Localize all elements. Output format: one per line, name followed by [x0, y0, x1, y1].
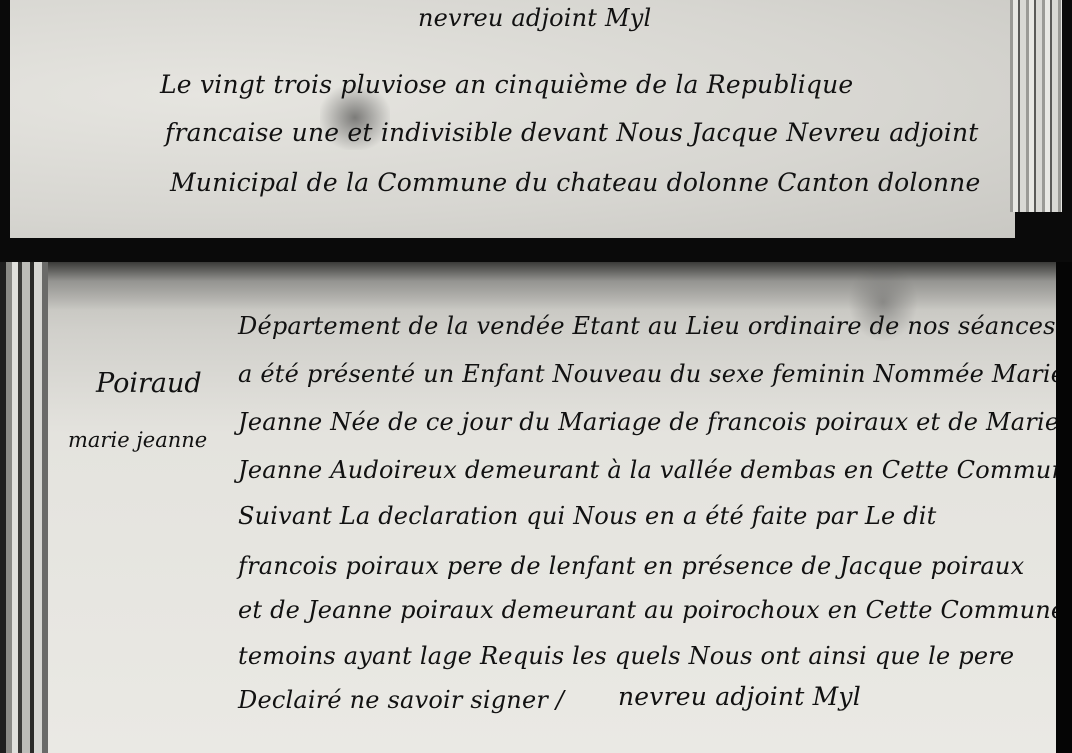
record-signature: nevreu adjoint Myl: [618, 682, 861, 711]
margin-given-names: marie jeanne: [68, 428, 207, 452]
record-line-1: Département de la vendée Etant au Lieu o…: [238, 312, 1056, 340]
upper-page-fragment: nevreu adjoint Myl Le vingt trois pluvio…: [10, 0, 1015, 238]
record-line-9: Declairé ne savoir signer /: [238, 686, 564, 714]
page-stack-edge: [1010, 0, 1062, 212]
margin-surname: Poiraud: [96, 368, 202, 399]
top-signature: nevreu adjoint Myl: [418, 4, 651, 32]
record-line-5: Suivant La declaration qui Nous en a été…: [238, 502, 937, 530]
top-line-3: Municipal de la Commune du chateau dolon…: [170, 168, 980, 197]
lower-page: Poiraud marie jeanne Département de la v…: [48, 262, 1056, 753]
record-line-2: a été présenté un Enfant Nouveau du sexe…: [238, 360, 1056, 388]
page-fold-shadow: [48, 262, 1056, 310]
book-binding: [0, 262, 50, 753]
record-line-6: francois poiraux pere de lenfant en prés…: [238, 552, 1024, 580]
gutter-shadow: [1056, 262, 1072, 753]
record-line-7: et de Jeanne poiraux demeurant au poiroc…: [238, 596, 1056, 624]
record-line-8: temoins ayant lage Requis les quels Nous…: [238, 642, 1014, 670]
top-line-1: Le vingt trois pluviose an cinquième de …: [160, 70, 853, 99]
record-line-3: Jeanne Née de ce jour du Mariage de fran…: [238, 408, 1056, 436]
top-line-2: francaise une et indivisible devant Nous…: [165, 118, 979, 147]
record-line-4: Jeanne Audoireux demeurant à la vallée d…: [238, 456, 1056, 484]
